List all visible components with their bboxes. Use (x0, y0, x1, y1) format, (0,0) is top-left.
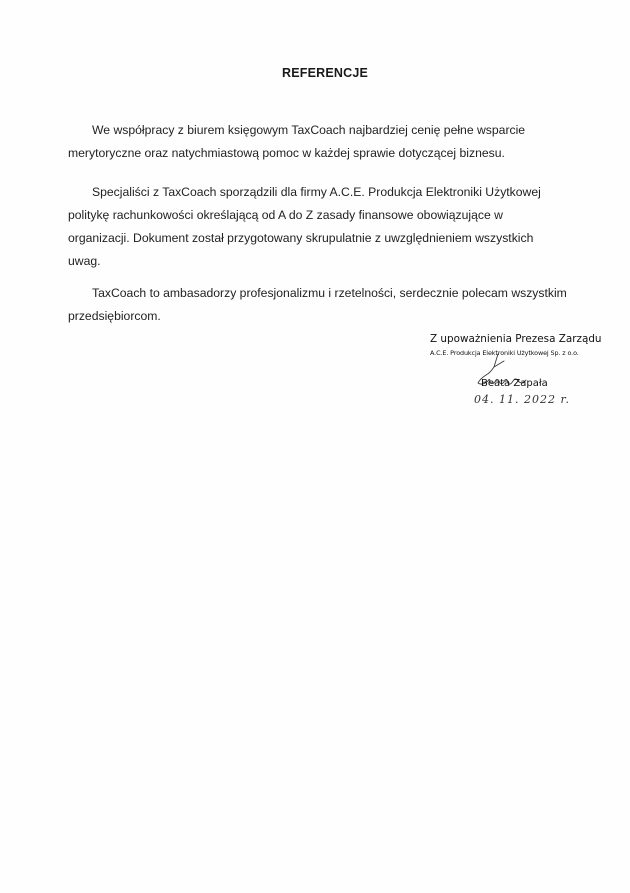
paragraph-line: merytoryczne oraz natychmiastową pomoc w… (68, 142, 568, 165)
document-page: REFERENCJE We współpracy z biurem księgo… (0, 0, 630, 893)
authorization-line: Z upoważnienia Prezesa Zarządu (430, 333, 602, 345)
document-title: REFERENCJE (0, 66, 630, 80)
handwritten-date: 04. 11. 2022 r. (474, 393, 570, 406)
paragraph-line: organizacji. Dokument został przygotowan… (68, 227, 568, 250)
signatory-name: Beata Zapała (481, 378, 548, 389)
paragraph-line: przedsiębiorcom. (68, 305, 568, 328)
paragraph-1: We współpracy z biurem księgowym TaxCoac… (68, 119, 568, 165)
paragraph-line: Specjaliści z TaxCoach sporządzili dla f… (68, 181, 568, 204)
paragraph-line: politykę rachunkowości określającą od A … (68, 204, 568, 227)
paragraph-3: TaxCoach to ambasadorzy profesjonalizmu … (68, 282, 568, 328)
paragraph-line: uwag. (68, 250, 568, 273)
paragraph-2: Specjaliści z TaxCoach sporządzili dla f… (68, 181, 568, 273)
paragraph-line: TaxCoach to ambasadorzy profesjonalizmu … (68, 282, 568, 305)
paragraph-line: We współpracy z biurem księgowym TaxCoac… (68, 119, 568, 142)
